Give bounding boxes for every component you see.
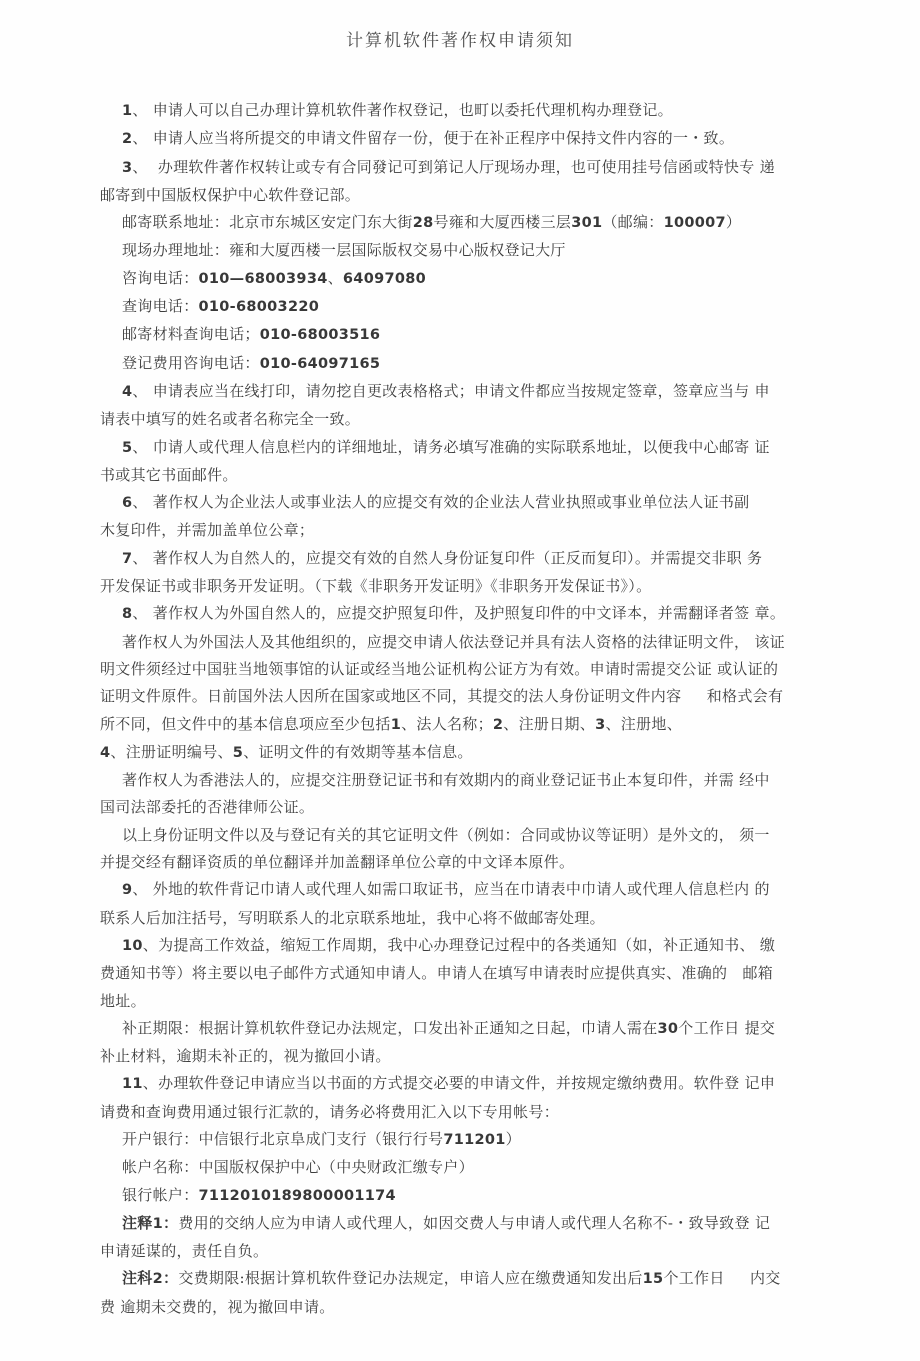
text-line: 邮寄材料查询电话；010-68003516 (100, 321, 860, 349)
numeric-text: 7112010189800001174 (199, 1188, 396, 1204)
text-segment: 著作权人为香港法人的，应提交注册登记证书和有效期内的商业登记证书止本复印件，并需… (122, 771, 770, 789)
numeric-text: 11 (122, 1076, 143, 1092)
text-segment: 现场办理地址：雍和大厦西楼一层国际版权交易中心版权登记大厅 (122, 241, 566, 259)
numeric-text: 9 (122, 882, 132, 898)
numeric-text: 100007 (664, 215, 726, 231)
text-line: 4、 申请表应当在线打印，请勿挖自更改表格格式；申请文件都应当按规定签章，签章应… (100, 378, 860, 406)
text-segment: 、 申请表应当在线打印，请勿挖自更改表格格式；申请文件都应当按规定签章，签章应当… (132, 382, 769, 400)
text-line: 请表中填写的姓名或者名称完全一致。 (100, 406, 860, 433)
text-segment: 费用的交纳人应为申请人或代理人，如因交费人与申请人或代理人名称不-・致导致登 记 (178, 1214, 770, 1232)
text-segment: 开发保证书或非职务开发证明。（下载《非职务开发证明》《非职务开发保证书》）。 (100, 577, 651, 595)
numeric-text: 5 (122, 440, 132, 456)
text-segment: 联系人后加注括号，写明联系人的北京联系地址，我中心将不做邮寄处理。 (100, 909, 605, 927)
text-segment: 所不同，但文件中的基本信息项应至少包括 (100, 715, 391, 733)
text-segment: 、 (328, 269, 343, 287)
text-line: 9、 外地的软件背记巾请人或代理人如需口取证书，应当在巾请表中巾请人或代理人信息… (100, 876, 860, 904)
text-segment: 开户银行：中信银行北京阜成门支行（银行行号 (122, 1130, 443, 1148)
numeric-text: 010-68003220 (199, 299, 320, 315)
text-line: 现场办理地址：雍和大厦西楼一层国际版权交易中心版权登记大厅 (100, 237, 860, 264)
text-segment: 登记费用咨询电话： (122, 354, 260, 372)
text-line: 银行帐户：7112010189800001174 (100, 1182, 860, 1210)
text-segment: ： (163, 1269, 178, 1287)
text-segment: 帐户名称：中国版权保护中心（中央财政汇缴专户） (122, 1158, 474, 1176)
numeric-text: 7 (122, 551, 132, 567)
numeric-text: 5 (233, 745, 243, 761)
text-line: 请费和查询费用通过银行汇款的，请务必将费用汇入以下专用帐号： (100, 1099, 860, 1126)
text-segment: ： (163, 1214, 178, 1232)
text-segment: 查询电话： (122, 297, 199, 315)
text-line: 1、 申请人可以自己办理计算机软件著作权登记，也町以委托代理机构办理登记。 (100, 97, 860, 125)
numeric-text: 2 (122, 131, 132, 147)
text-line: 申请延谋的，责任自负。 (100, 1238, 860, 1265)
numeric-text: 4 (100, 745, 110, 761)
text-segment: 并提交经有翻译资质的单位翻译并加盖翻译单位公章的中文译本原件。 (100, 853, 574, 871)
numeric-text: 301 (571, 215, 602, 231)
text-segment: 请表中填写的姓名或者名称完全一致。 (100, 410, 360, 428)
text-line: 11、办理软件登记申请应当以书面的方式提交必要的申请文件，并按规定缴纳费用。软件… (100, 1070, 860, 1098)
text-segment: 费 逾期未交费的，视为撤回申请。 (100, 1298, 335, 1316)
text-line: 3、 办理软件著作权转让或专有合同發记可到第记人厅现场办理，也可使用挂号信函或特… (100, 154, 860, 182)
text-segment: 、 外地的软件背记巾请人或代理人如需口取证书，应当在巾请表中巾请人或代理人信息栏… (132, 880, 769, 898)
numeric-text: 6 (122, 495, 132, 511)
text-line: 木复印件，并需加盖单位公章； (100, 517, 860, 544)
text-segment: 银行帐户： (122, 1186, 199, 1204)
text-line: 8、 著作权人为外国自然人的，应提交护照复印件，及护照复印件的中文译本，并需翻译… (100, 600, 860, 628)
text-line: 明文件须经过中国驻当地领事馆的认证或经当地公证机构公证方为有效。申请时需提交公证… (100, 656, 860, 683)
text-segment: 、 著作权人为自然人的，应提交有效的自然人身份证复印件（正反而复印）。并需提交非… (132, 549, 762, 567)
text-segment: 注科 (122, 1269, 153, 1287)
numeric-text: 3 (122, 160, 132, 176)
numeric-text: 1 (153, 1216, 163, 1232)
numeric-text: 1 (391, 717, 401, 733)
text-line: 补正期限：根据计算机软件登记办法规定，口发出补正通知之日起，巾请人需在30个工作… (100, 1015, 860, 1043)
text-line: 联系人后加注括号，写明联系人的北京联系地址，我中心将不做邮寄处理。 (100, 905, 860, 932)
text-line: 证明文件原件。日前国外法人因所在国家或地区不同，其提交的法人身份证明文件内容 和… (100, 683, 860, 710)
text-segment: 、注册证明编号、 (110, 743, 232, 761)
numeric-text: 3 (595, 717, 605, 733)
numeric-text: 1 (122, 103, 132, 119)
text-segment: 著作权人为外国法人及其他组织的，应提交申请人依法登记并具有法人资格的法律证明文件… (122, 633, 785, 651)
text-segment: 交费期限:根据计算机软件登记办法规定，申谙人应在缴费通知发出后 (178, 1269, 642, 1287)
text-line: 补止材料，逾期未补正的，视为撤回小请。 (100, 1043, 860, 1070)
text-segment: 、法人名称； (401, 715, 493, 733)
text-segment: 、 申请人可以自己办理计算机软件著作权登记，也町以委托代理机构办理登记。 (132, 101, 673, 119)
text-segment: 、 巾请人或代理人信息栏内的详细地址，请务必填写准确的实际联系地址，以便我中心邮… (132, 438, 769, 456)
text-segment: 、 著作权人为外国自然人的，应提交护照复印件，及护照复印件的中文译本，并需翻译者… (132, 604, 785, 622)
text-segment: ） (506, 1130, 521, 1148)
numeric-text: 4 (122, 384, 132, 400)
text-segment: 邮寄联系地址：北京市东城区安定门东大街 (122, 213, 413, 231)
text-line: 开发保证书或非职务开发证明。（下载《非职务开发证明》《非职务开发保证书》）。 (100, 573, 860, 600)
text-segment: 个工作日 内交 (663, 1269, 780, 1287)
numeric-text: 2 (153, 1271, 163, 1287)
numeric-text: 15 (643, 1271, 664, 1287)
numeric-text: 30 (658, 1021, 679, 1037)
document-title: 计算机软件著作权申请须知 (0, 26, 920, 51)
text-segment: 、注册地、 (606, 715, 683, 733)
text-segment: 、注册日期、 (503, 715, 595, 733)
text-segment: 木复印件，并需加盖单位公章； (100, 521, 314, 539)
text-line: 书或其它书面邮件。 (100, 462, 860, 489)
text-line: 7、 著作权人为自然人的，应提交有效的自然人身份证复印件（正反而复印）。并需提交… (100, 545, 860, 573)
text-segment: 书或其它书面邮件。 (100, 466, 238, 484)
numeric-text: 010-68003516 (260, 327, 381, 343)
text-segment: 、办理软件登记申请应当以书面的方式提交必要的申请文件，并按规定缴纳费用。软件登 … (143, 1074, 775, 1092)
text-line: 费 逾期未交费的，视为撤回申请。 (100, 1294, 860, 1321)
text-line: 国司法部委托的否港律师公证。 (100, 794, 860, 821)
text-segment: 地址。 (100, 992, 146, 1010)
text-line: 帐户名称：中国版权保护中心（中央财政汇缴专户） (100, 1154, 860, 1181)
text-segment: 邮寄到中国版权保护中心软件登记部。 (100, 186, 360, 204)
text-segment: 明文件须经过中国驻当地领事馆的认证或经当地公证机构公证方为有效。申请时需提交公证… (100, 660, 778, 678)
text-line: 邮寄联系地址：北京市东城区安定门东大街28号雍和大厦西楼三层301（邮编：100… (100, 209, 860, 237)
text-line: 费通知书等）将主要以电子邮件方式通知申请人。申请人在填写申请表时应提供真实、准确… (100, 960, 860, 987)
text-segment: 、为提高工作效益，缩短工作周期，我中心办理登记过程中的各类通知（如，补正通知书、… (143, 936, 775, 954)
text-line: 4、注册证明编号、5、证明文件的有效期等基本信息。 (100, 739, 860, 767)
text-segment: 申请延谋的，责任自负。 (100, 1242, 268, 1260)
numeric-text: 8 (122, 606, 132, 622)
text-segment: 以上身份证明文件以及与登记有关的其它证明文件（例如：合同或协议等证明）是外文的，… (122, 826, 770, 844)
text-line: 注科2：交费期限:根据计算机软件登记办法规定，申谙人应在缴费通知发出后15个工作… (100, 1265, 860, 1293)
text-segment: 费通知书等）将主要以电子邮件方式通知申请人。申请人在填写申请表时应提供真实、准确… (100, 964, 773, 982)
numeric-text: 28 (413, 215, 434, 231)
text-line: 查询电话：010-68003220 (100, 293, 860, 321)
text-line: 所不同，但文件中的基本信息项应至少包括1、法人名称；2、注册日期、3、注册地、 (100, 711, 860, 739)
text-segment: 邮寄材料查询电话； (122, 325, 260, 343)
text-line: 以上身份证明文件以及与登记有关的其它证明文件（例如：合同或协议等证明）是外文的，… (100, 822, 860, 849)
text-segment: 、证明文件的有效期等基本信息。 (243, 743, 473, 761)
text-segment: ） (726, 213, 741, 231)
text-segment: 、 申请人应当将所提交的申请文件留存一份，便于在补正程序中保持文件内容的一・致。 (132, 129, 734, 147)
text-segment: 注释 (122, 1214, 153, 1232)
numeric-text: 2 (493, 717, 503, 733)
text-line: 注释1：费用的交纳人应为申请人或代理人，如因交费人与申请人或代理人名称不-・致导… (100, 1210, 860, 1238)
text-line: 开户银行：中信银行北京阜成门支行（银行行号711201） (100, 1126, 860, 1154)
text-segment: 证明文件原件。日前国外法人因所在国家或地区不同，其提交的法人身份证明文件内容 和… (100, 687, 783, 705)
text-segment: 、 办理软件著作权转让或专有合同發记可到第记人厅现场办理，也可使用挂号信函或特快… (132, 158, 775, 176)
text-line: 5、 巾请人或代理人信息栏内的详细地址，请务必填写准确的实际联系地址，以便我中心… (100, 434, 860, 462)
text-line: 地址。 (100, 988, 860, 1015)
text-line: 并提交经有翻译资质的单位翻译并加盖翻译单位公章的中文译本原件。 (100, 849, 860, 876)
document-body: 1、 申请人可以自己办理计算机软件著作权登记，也町以委托代理机构办理登记。2、 … (0, 97, 920, 1321)
text-line: 2、 申请人应当将所提交的申请文件留存一份，便于在补正程序中保持文件内容的一・致… (100, 125, 860, 153)
text-line: 著作权人为香港法人的，应提交注册登记证书和有效期内的商业登记证书止本复印件，并需… (100, 767, 860, 794)
text-line: 咨询电话：010—68003934、64097080 (100, 265, 860, 293)
text-segment: 咨询电话： (122, 269, 199, 287)
numeric-text: 711201 (443, 1132, 505, 1148)
text-line: 10、为提高工作效益，缩短工作周期，我中心办理登记过程中的各类通知（如，补正通知… (100, 932, 860, 960)
text-line: 邮寄到中国版权保护中心软件登记部。 (100, 182, 860, 209)
text-segment: 请费和查询费用通过银行汇款的，请务必将费用汇入以下专用帐号： (100, 1103, 559, 1121)
text-segment: 补止材料，逾期未补正的，视为撤回小请。 (100, 1047, 391, 1065)
text-segment: 补正期限：根据计算机软件登记办法规定，口发出补正通知之日起，巾请人需在 (122, 1019, 658, 1037)
text-segment: 国司法部委托的否港律师公证。 (100, 798, 314, 816)
numeric-text: 010—68003934 (199, 271, 328, 287)
text-line: 著作权人为外国法人及其他组织的，应提交申请人依法登记并具有法人资格的法律证明文件… (100, 629, 860, 656)
text-segment: 号雍和大厦西楼三层 (433, 213, 571, 231)
text-line: 6、 著作权人为企业法人或事业法人的应提交有效的企业法人营业执照或事业单位法人证… (100, 489, 860, 517)
text-line: 登记费用咨询电话：010-64097165 (100, 350, 860, 378)
numeric-text: 10 (122, 938, 143, 954)
document-page: 计算机软件著作权申请须知 1、 申请人可以自己办理计算机软件著作权登记，也町以委… (0, 0, 920, 1361)
numeric-text: 64097080 (343, 271, 426, 287)
text-segment: （邮编： (602, 213, 663, 231)
text-segment: 个工作日 提交 (678, 1019, 775, 1037)
numeric-text: 010-64097165 (260, 356, 381, 372)
text-segment: 、 著作权人为企业法人或事业法人的应提交有效的企业法人营业执照或事业单位法人证书… (132, 493, 749, 511)
